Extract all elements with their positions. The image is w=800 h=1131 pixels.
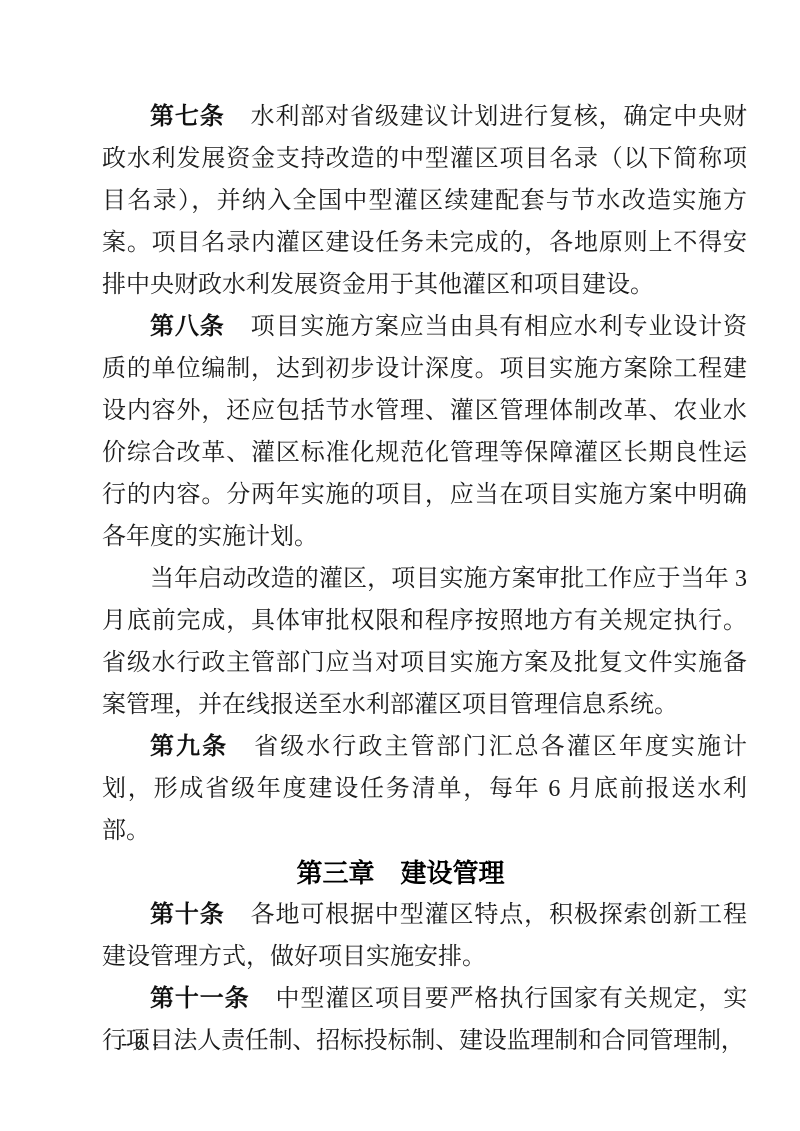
article-11-label: 第十一条 — [150, 985, 250, 1012]
chapter-3-heading: 第三章 建设管理 — [102, 852, 747, 894]
article-10-label: 第十条 — [150, 901, 225, 928]
paragraph-approval-timing: 当年启动改造的灌区，项目实施方案审批工作应于当年 3 月底前完成，具体审批权限和… — [102, 558, 747, 726]
document-body: 第七条水利部对省级建议计划进行复核，确定中央财政水利发展资金支持改造的中型灌区项… — [102, 96, 747, 1062]
page-number: - 6 - — [121, 1034, 160, 1056]
article-8-text: 项目实施方案应当由具有相应水利专业设计资质的单位编制，达到初步设计深度。项目实施… — [102, 314, 747, 550]
paragraph-article-7: 第七条水利部对省级建议计划进行复核，确定中央财政水利发展资金支持改造的中型灌区项… — [102, 96, 747, 306]
paragraph-article-8: 第八条项目实施方案应当由具有相应水利专业设计资质的单位编制，达到初步设计深度。项… — [102, 306, 747, 558]
paragraph-article-9: 第九条省级水行政主管部门汇总各灌区年度实施计划，形成省级年度建设任务清单，每年 … — [102, 726, 747, 852]
paragraph-article-11: 第十一条中型灌区项目要严格执行国家有关规定，实行项目法人责任制、招标投标制、建设… — [102, 978, 747, 1062]
document-page: 第七条水利部对省级建议计划进行复核，确定中央财政水利发展资金支持改造的中型灌区项… — [0, 0, 800, 1131]
article-9-label: 第九条 — [150, 733, 228, 760]
article-7-text: 水利部对省级建议计划进行复核，确定中央财政水利发展资金支持改造的中型灌区项目名录… — [102, 104, 747, 298]
article-7-label: 第七条 — [150, 103, 225, 130]
paragraph-approval-timing-text: 当年启动改造的灌区，项目实施方案审批工作应于当年 3 月底前完成，具体审批权限和… — [102, 566, 747, 718]
paragraph-article-10: 第十条各地可根据中型灌区特点，积极探索创新工程建设管理方式，做好项目实施安排。 — [102, 894, 747, 978]
article-8-label: 第八条 — [150, 313, 225, 340]
